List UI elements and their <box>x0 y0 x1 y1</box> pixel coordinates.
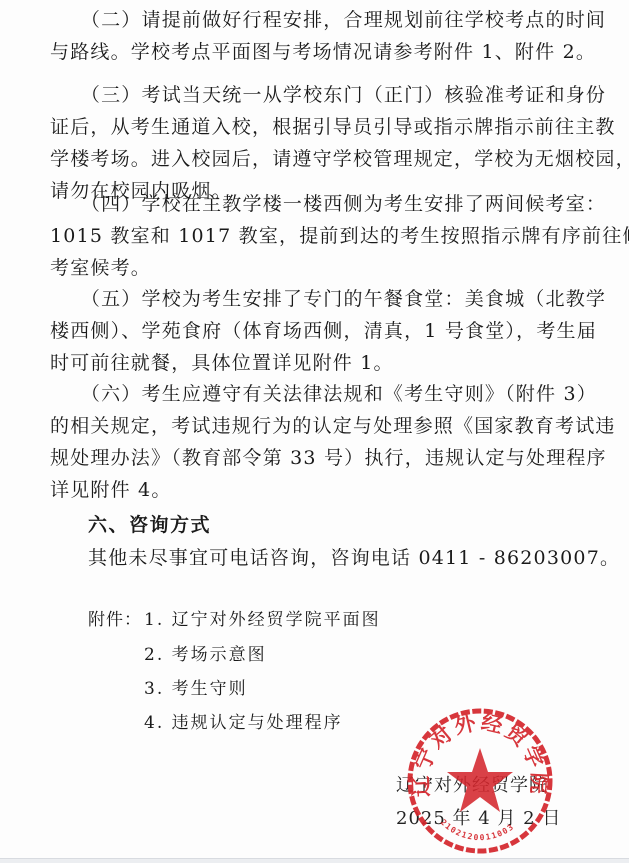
viewer-bottom-strip <box>0 858 629 863</box>
text-line: 考室候考。 <box>50 252 584 284</box>
attachments-label: 附件： <box>88 604 142 636</box>
paragraph-item-5: （五）学校为考生安排了专门的午餐食堂：美食城（北教学 楼西侧）、学苑食府（体育场… <box>50 283 584 379</box>
text-line: （四）学校在主教学楼一楼西侧为考生安排了两间候考室： <box>50 188 584 220</box>
paragraph-item-2: （二）请提前做好行程安排，合理规划前往学校考点的时间 与路线。学校考点平面图与考… <box>50 4 584 68</box>
text-line: 楼西侧）、学苑食府（体育场西侧，清真，1 号食堂），考生届 <box>50 315 584 347</box>
text-line: （二）请提前做好行程安排，合理规划前往学校考点的时间 <box>50 4 584 36</box>
paragraph-item-6: （六）考生应遵守有关法律法规和《考生守则》（附件 3） 的相关规定，考试违规行为… <box>50 378 584 506</box>
signature-organization: 辽宁对外经贸学院 <box>396 772 548 800</box>
text-line: 详见附件 4。 <box>50 474 584 506</box>
section-heading-consultation: 六、咨询方式 <box>88 509 211 541</box>
paragraph-item-4: （四）学校在主教学楼一楼西侧为考生安排了两间候考室： 1015 教室和 1017… <box>50 188 584 284</box>
text-line: 1015 教室和 1017 教室，提前到达的考生按照指示牌有序前往候 <box>50 220 584 252</box>
attachment-item-3: 3. 考生守则 <box>144 673 248 705</box>
text-line: 的相关规定，考试违规行为的认定与处理参照《国家教育考试违 <box>50 410 584 442</box>
text-line: 规处理办法》（教育部令第 33 号）执行，违规认定与处理程序 <box>50 442 584 474</box>
text-line: 证后，从考生通道入校，根据引导员引导或指示牌指示前往主教 <box>50 111 584 143</box>
signature-date: 2025 年 4 月 2 日 <box>396 805 561 833</box>
text-line: 时可前往就餐，具体位置详见附件 1。 <box>50 347 584 379</box>
attachment-item-4: 4. 违规认定与处理程序 <box>144 707 343 739</box>
text-line: 与路线。学校考点平面图与考场情况请参考附件 1、附件 2。 <box>50 36 584 68</box>
text-line: （三）考试当天统一从学校东门（正门）核验准考证和身份 <box>50 79 584 111</box>
contact-info-text: 其他未尽事宜可电话咨询，咨询电话 0411 - 86203007。 <box>88 542 620 574</box>
text-line: （五）学校为考生安排了专门的午餐食堂：美食城（北教学 <box>50 283 584 315</box>
document-page: （二）请提前做好行程安排，合理规划前往学校考点的时间 与路线。学校考点平面图与考… <box>0 0 629 858</box>
text-line: 学楼考场。进入校园后，请遵守学校管理规定，学校为无烟校园， <box>50 143 584 175</box>
attachment-item-2: 2. 考场示意图 <box>144 639 267 671</box>
text-line: （六）考生应遵守有关法律法规和《考生守则》（附件 3） <box>50 378 584 410</box>
attachment-item-1: 1. 辽宁对外经贸学院平面图 <box>144 604 381 636</box>
